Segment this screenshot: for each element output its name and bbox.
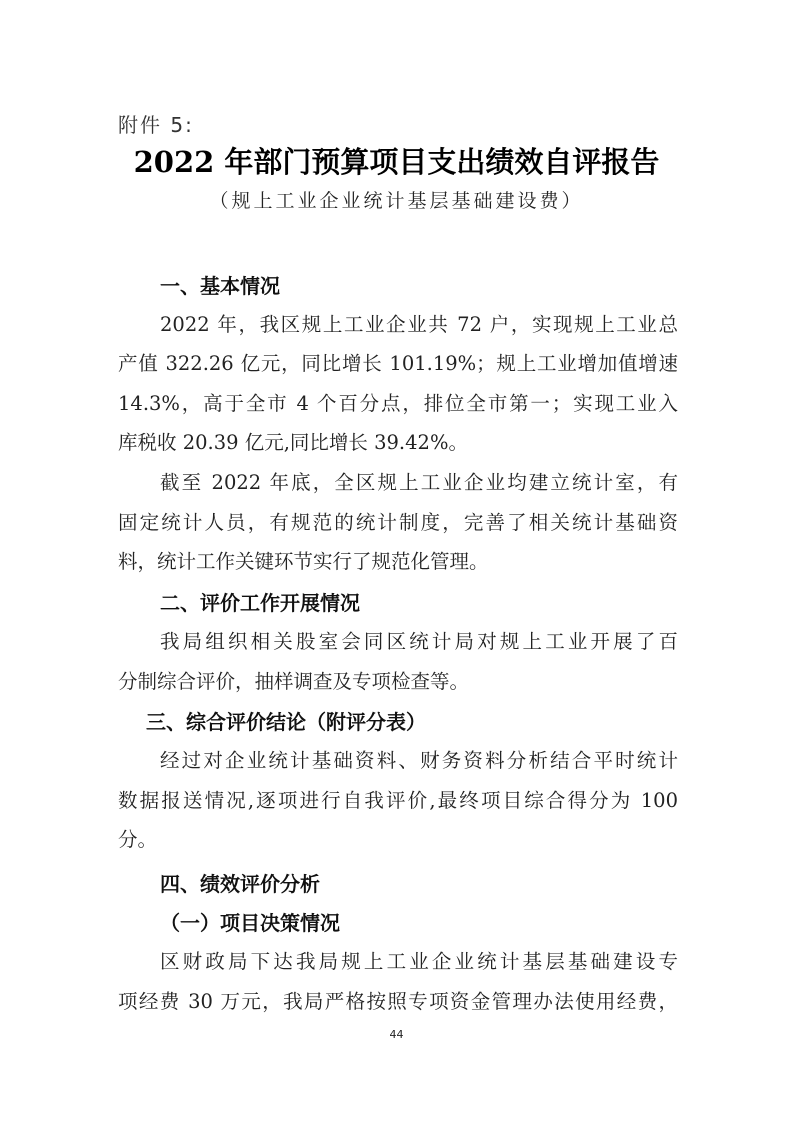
report-title: 2022 年部门预算项目支出绩效自评报告 xyxy=(0,140,793,181)
report-subtitle: （规上工业企业统计基层基础建设费） xyxy=(0,186,793,213)
paragraph-line: 2022 年，我区规上工业企业共 72 户，实现规上工业总 xyxy=(160,309,678,337)
paragraph-line: 分。 xyxy=(118,824,678,852)
paragraph-line: 固定统计人员，有规范的统计制度，完善了相关统计基础资 xyxy=(118,507,678,535)
paragraph-line: 料，统计工作关键环节实行了规范化管理。 xyxy=(118,546,678,574)
paragraph-line: 我局组织相关股室会同区统计局对规上工业开展了百 xyxy=(160,626,678,654)
paragraph-line: 项经费 30 万元，我局严格按照专项资金管理办法使用经费， xyxy=(118,986,678,1014)
paragraph-line: 产值 322.26 亿元，同比增长 101.19%；规上工业增加值增速 xyxy=(118,348,678,376)
section-heading-conclusion: 三、综合评价结论（附评分表） xyxy=(146,706,793,735)
paragraph-line: 数据报送情况,逐项进行自我评价,最终项目综合得分为 100 xyxy=(118,785,678,813)
section-heading-performance-analysis: 四、绩效评价分析 xyxy=(160,868,793,897)
section-heading-evaluation-work: 二、评价工作开展情况 xyxy=(160,587,793,616)
section-heading-basic-info: 一、基本情况 xyxy=(160,270,793,299)
paragraph-line: 14.3%，高于全市 4 个百分点，排位全市第一；实现工业入 xyxy=(118,388,678,416)
paragraph-line: 分制综合评价，抽样调查及专项检查等。 xyxy=(118,666,678,694)
paragraph-line: 库税收 20.39 亿元,同比增长 39.42%。 xyxy=(118,427,678,455)
paragraph-line: 区财政局下达我局规上工业企业统计基层基础建设专 xyxy=(160,946,678,974)
paragraph-line: 截至 2022 年底，全区规上工业企业均建立统计室，有 xyxy=(160,467,678,495)
attachment-label: 附件 5: xyxy=(118,109,793,138)
paragraph-line: 经过对企业统计基础资料、财务资料分析结合平时统计 xyxy=(160,745,678,773)
page-number: 44 xyxy=(0,1028,793,1041)
subsection-heading-project-decision: （一）项目决策情况 xyxy=(160,907,793,936)
